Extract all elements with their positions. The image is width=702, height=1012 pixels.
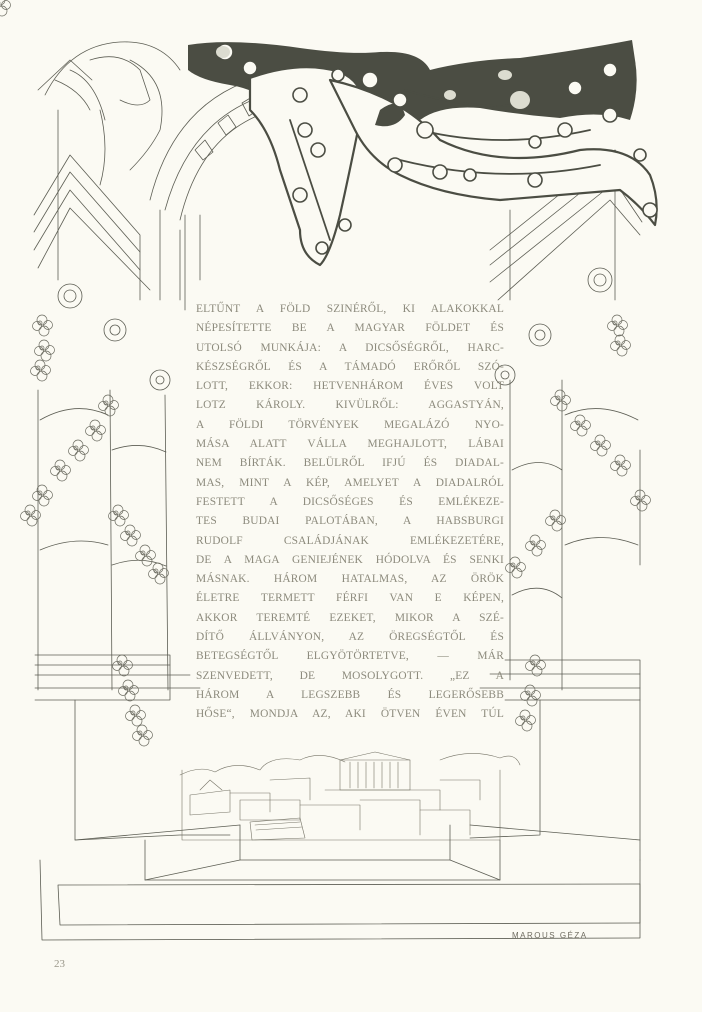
text-line: MÁSA ALATT VÁLLA MEGHAJLOTT, LÁBAI [196, 435, 504, 454]
text-line: RUDOLF CSALÁDJÁNAK EMLÉKEZETÉRE, [196, 532, 504, 551]
body-text: ELTŰNT A FÖLD SZINÉRŐL, KI ALAKOKKAL NÉP… [196, 300, 504, 725]
text-line: NÉPESÍTETTE BE A MAGYAR FÖLDET ÉS [196, 319, 504, 338]
text-line: HÁROM A LEGSZEBB ÉS LEGERŐSEBB [196, 686, 504, 705]
text-line: UTOLSÓ MUNKÁJA: A DICSŐSÉGRŐL, HARC- [196, 339, 504, 358]
text-line: LOTT, EKKOR: HETVENHÁROM ÉVES VOLT [196, 377, 504, 396]
text-line: DÍTŐ ÁLLVÁNYON, AZ ÖREGSÉGTŐL ÉS [196, 628, 504, 647]
text-line: SZENVEDETT, DE MOSOLYGOTT. „EZ A [196, 667, 504, 686]
text-line: ELTŰNT A FÖLD SZINÉRŐL, KI ALAKOKKAL [196, 300, 504, 319]
text-line: LOTZ KÁROLY. KIVÜLRŐL: AGGASTYÁN, [196, 396, 504, 415]
stepped-base-icon [75, 825, 640, 880]
text-line: NEM BÍRTÁK. BELÜLRŐL IFJÚ ÉS DIADAL- [196, 454, 504, 473]
floral-drapery-icon [188, 40, 657, 265]
text-line: ÉLETRE TERMETT FÉRFI VAN E KÉPEN, [196, 589, 504, 608]
text-line: FESTETT A DICSŐSÉGES ÉS EMLÉKEZE- [196, 493, 504, 512]
text-line: DE A MAGA GENIEJÉNEK HÓDOLVA ÉS SENKI [196, 551, 504, 570]
page-number: 23 [54, 958, 65, 970]
artist-signature: MAROUS GÉZA [512, 931, 588, 940]
text-line: TES BUDAI PALOTÁBAN, A HABSBURGI [196, 512, 504, 531]
text-line: KÉSZSÉGRŐL ÉS A TÁMADÓ ERŐRŐL SZÓ- [196, 358, 504, 377]
text-line: A FÖLDI TÖRVÉNYEK MEGALÁZÓ NYO- [196, 416, 504, 435]
text-line: MAS, MINT A KÉP, AMELYET A DIADALRÓL [196, 474, 504, 493]
text-line: MÁSNAK. HÁROM HATALMAS, AZ ÖRÖK [196, 570, 504, 589]
city-panorama-icon [180, 752, 520, 840]
text-line: AKKOR TEREMTÉ EZEKET, MIKOR A SZÉ- [196, 609, 504, 628]
text-line: BETEGSÉGTŐL ELGYÖTÖRTETVE, — MÁR [196, 647, 504, 666]
text-line: HŐSE“, MONDJA AZ, AKI ÖTVEN ÉVEN TÚL [196, 705, 504, 724]
outer-frame-icon [40, 860, 640, 940]
book-page: ELTŰNT A FÖLD SZINÉRŐL, KI ALAKOKKAL NÉP… [0, 0, 702, 1012]
